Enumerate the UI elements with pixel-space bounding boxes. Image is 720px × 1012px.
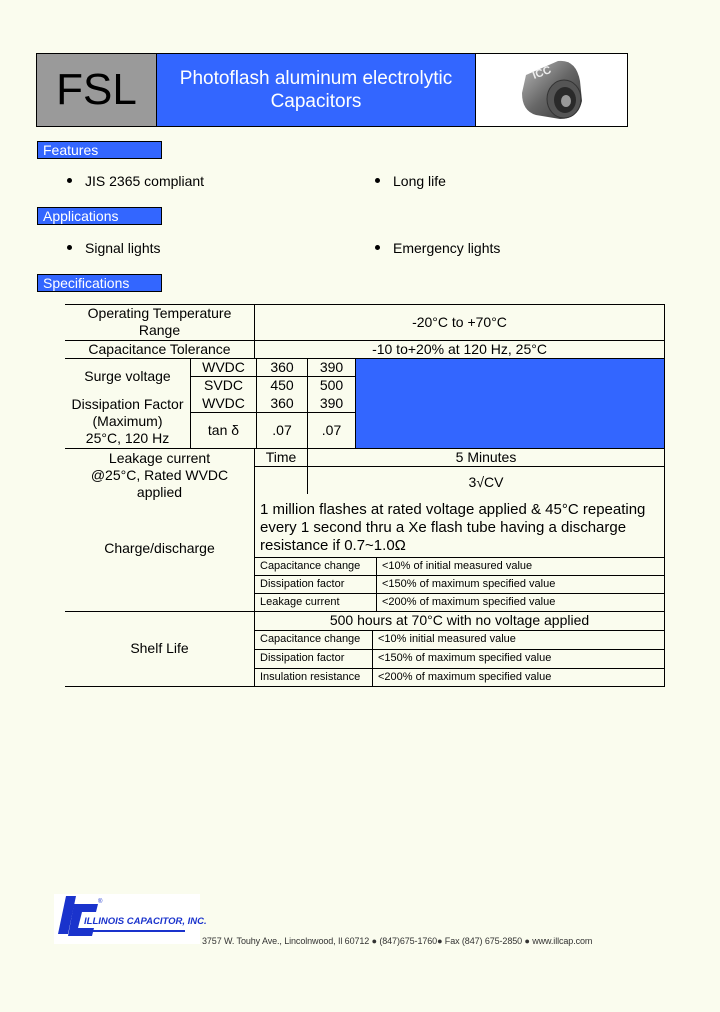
shelf-life-condition: 500 hours at 70°C with no voltage applie… <box>255 611 664 630</box>
section-features: Features <box>37 141 162 159</box>
application-item: Emergency lights <box>375 239 500 257</box>
capacitor-icon: ICC <box>516 57 588 123</box>
dissipation-v2: .07 <box>308 412 355 448</box>
bullet-icon <box>67 178 72 183</box>
application-item: Signal lights <box>67 239 161 257</box>
surge-v1: 450 <box>257 376 307 394</box>
surge-type: SVDC <box>191 376 256 394</box>
shelf-param: Insulation resistance <box>255 668 372 686</box>
feature-item: Long life <box>375 172 446 190</box>
surge-label: Surge voltage <box>65 358 190 394</box>
cd-param: Leakage current <box>255 593 376 611</box>
cap-tol-label: Capacitance Tolerance <box>65 340 254 358</box>
cd-param: Dissipation factor <box>255 575 376 593</box>
blue-filler <box>355 358 664 448</box>
dissipation-type: tan δ <box>191 412 256 448</box>
bullet-icon <box>375 178 380 183</box>
op-temp-value: -20°C to +70°C <box>255 304 664 340</box>
cd-value: <150% of maximum specified value <box>377 575 664 593</box>
bullet-icon <box>67 245 72 250</box>
shelf-value: <200% of maximum specified value <box>373 668 664 686</box>
section-applications: Applications <box>37 207 162 225</box>
feature-item: JIS 2365 compliant <box>67 172 204 190</box>
company-logo: ® ILLINOIS CAPACITOR, INC. <box>54 894 200 944</box>
company-name: ILLINOIS CAPACITOR, INC. <box>84 916 207 927</box>
op-temp-label: Operating TemperatureRange <box>65 304 254 340</box>
leakage-time-label: Time <box>255 448 307 466</box>
product-header: FSL Photoflash aluminum electrolytic Cap… <box>36 53 628 127</box>
cd-param: Capacitance change <box>255 557 376 575</box>
surge-type: WVDC <box>191 358 256 376</box>
cd-value: <10% of initial measured value <box>377 557 664 575</box>
surge-v2: 390 <box>308 358 355 376</box>
dissipation-v1: 360 <box>257 394 307 412</box>
leakage-label: Leakage current@25°C, Rated WVDCapplied <box>65 448 254 502</box>
shelf-value: <150% of maximum specified value <box>373 649 664 668</box>
surge-v2: 500 <box>308 376 355 394</box>
section-specifications: Specifications <box>37 274 162 292</box>
shelf-life-label: Shelf Life <box>65 611 254 686</box>
dissipation-type: WVDC <box>191 394 256 412</box>
company-address: 3757 W. Touhy Ave., Lincolnwood, Il 6071… <box>202 936 592 946</box>
dissipation-label: Dissipation Factor(Maximum)25°C, 120 Hz <box>65 394 190 448</box>
cap-tol-value: -10 to+20% at 120 Hz, 25°C <box>255 340 664 358</box>
title-line-1: Photoflash aluminum electrolytic <box>180 67 452 90</box>
dissipation-v1: .07 <box>257 412 307 448</box>
charge-discharge-description: 1 million flashes at rated voltage appli… <box>260 501 664 555</box>
dissipation-v2: 390 <box>308 394 355 412</box>
surge-v1: 360 <box>257 358 307 376</box>
product-code: FSL <box>37 54 157 126</box>
shelf-value: <10% initial measured value <box>373 630 664 649</box>
leakage-formula: 3√CV <box>308 466 664 498</box>
bullet-icon <box>375 245 380 250</box>
capacitor-image: ICC <box>476 54 627 126</box>
shelf-param: Dissipation factor <box>255 649 372 668</box>
charge-discharge-label: Charge/discharge <box>65 530 254 566</box>
title-line-2: Capacitors <box>271 90 362 113</box>
product-title: Photoflash aluminum electrolytic Capacit… <box>157 54 476 126</box>
leakage-time-value: 5 Minutes <box>308 448 664 466</box>
cd-value: <200% of maximum specified value <box>377 593 664 611</box>
shelf-param: Capacitance change <box>255 630 372 649</box>
svg-text:®: ® <box>98 898 103 905</box>
